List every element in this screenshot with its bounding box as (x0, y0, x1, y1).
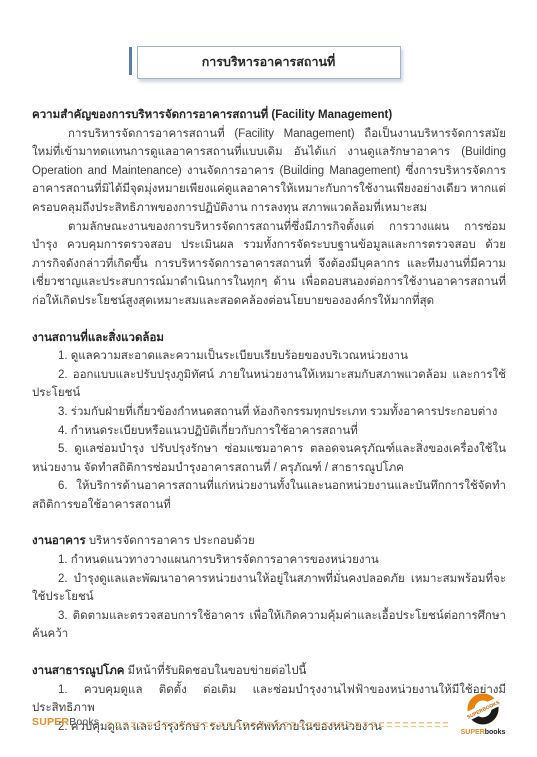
list-item: 1. ดูแลความสะอาดและความเป็นระเบียบเรียบร… (32, 347, 506, 366)
section-heading-rest: มีหน้าที่รับผิดชอบในขอบข่ายต่อไปนี้ (124, 665, 306, 677)
page-footer: SUPERBooks SUPERBOOKS SUPERbooks (32, 692, 509, 733)
logo-text-dark: books (485, 729, 506, 736)
footer-brand-orange: SUPER (32, 716, 69, 728)
list-item: 2. บำรุงดูแลและพัฒนาอาคารหน่วยงานให้อยู่… (32, 570, 506, 607)
document-body: ความสำคัญของการบริหารจัดการอาคารสถานที่ … (0, 106, 537, 736)
section-heading-bold: งานสาธารณูปโภค (32, 665, 124, 677)
section-building-management: งานอาคาร บริหารจัดการอาคาร ประกอบด้วย 1.… (32, 532, 506, 644)
title-box: การบริหารอาคารสถานที่ (137, 46, 401, 79)
title-accent-bar (129, 47, 132, 75)
section-heading: งานสถานที่และสิ่งแวดล้อม (32, 329, 506, 348)
superbooks-logo-icon: SUPERBOOKS (463, 692, 503, 728)
section-heading-bold: งานสถานที่และสิ่งแวดล้อม (32, 332, 164, 344)
section-heading-rest: บริหารจัดการอาคาร ประกอบด้วย (86, 535, 255, 547)
list-item: 3. ติดตามและตรวจสอบการใช้อาคาร เพื่อให้เ… (32, 607, 506, 644)
section-heading-bold: งานอาคาร (32, 535, 86, 547)
list-item: 3. ร่วมกับฝ่ายที่เกี่ยวข้องกำหนดสถานที่ … (32, 403, 506, 422)
logo-text-orange: SUPER (461, 729, 485, 736)
list-item: 1. กำหนดแนวทางวางแผนการบริหารจัดการอาคาร… (32, 551, 506, 570)
superbooks-logo: SUPERBOOKS SUPERbooks (457, 692, 509, 737)
list-item: 6. ให้บริการด้านอาคารสถานที่แก่หน่วยงานท… (32, 477, 506, 514)
document-page: การบริหารอาคารสถานที่ ความสำคัญของการบริ… (0, 0, 537, 757)
section-premises-environment: งานสถานที่และสิ่งแวดล้อม 1. ดูแลความสะอา… (32, 329, 506, 515)
list-item: 2. ออกแบบและปรับปรุงภูมิทัศน์ ภายในหน่วย… (32, 366, 506, 403)
intro-paragraph-2: ตามลักษณะงานของการบริหารจัดการสถานที่ซึ่… (32, 218, 506, 311)
section-heading: งานอาคาร บริหารจัดการอาคาร ประกอบด้วย (32, 532, 506, 551)
list-item: 4. กำหนดระเบียบหรือแนวปฏิบัติเกี่ยวกับกา… (32, 422, 506, 441)
title-box-wrap: การบริหารอาคารสถานที่ (137, 46, 401, 79)
intro-heading: ความสำคัญของการบริหารจัดการอาคารสถานที่ … (32, 106, 506, 125)
superbooks-logo-text: SUPERbooks (461, 728, 506, 737)
footer-brand: SUPERBooks (32, 713, 99, 733)
section-heading: งานสาธารณูปโภค มีหน้าที่รับผิดชอบในขอบข่… (32, 662, 506, 681)
intro-paragraph-1: การบริหารจัดการอาคารสถานที่ (Facility Ma… (32, 125, 506, 218)
footer-brand-dark: Books (69, 716, 99, 728)
page-title: การบริหารอาคารสถานที่ (202, 53, 336, 72)
footer-dashed-divider (107, 722, 449, 727)
list-item: 5. ดูแลซ่อมบำรุง ปรับปรุงรักษา ซ่อมแซมอา… (32, 440, 506, 477)
